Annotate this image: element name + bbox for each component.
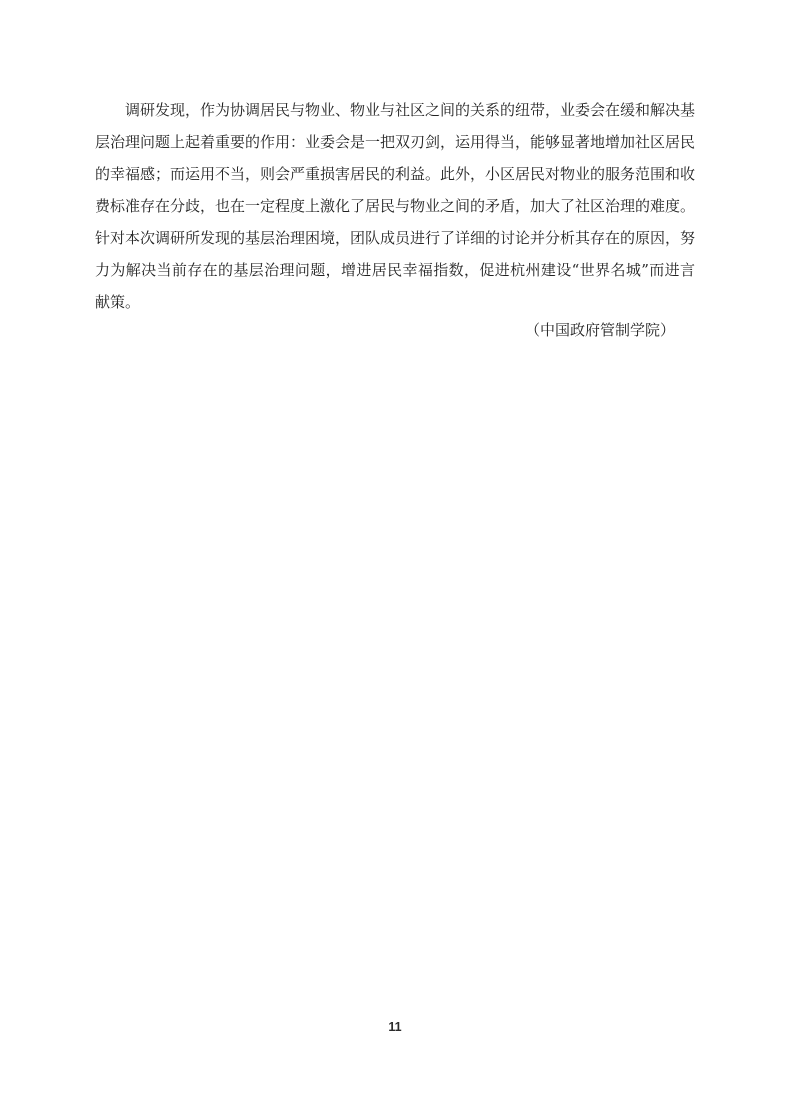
document-page: 调研发现，作为协调居民与物业、物业与社区之间的关系的纽带，业委会在缓和解决基层治… <box>0 0 790 1118</box>
page-number: 11 <box>0 1020 790 1034</box>
body-paragraph: 调研发现，作为协调居民与物业、物业与社区之间的关系的纽带，业委会在缓和解决基层治… <box>95 94 695 318</box>
attribution-line: （中国政府管制学院） <box>95 314 675 346</box>
